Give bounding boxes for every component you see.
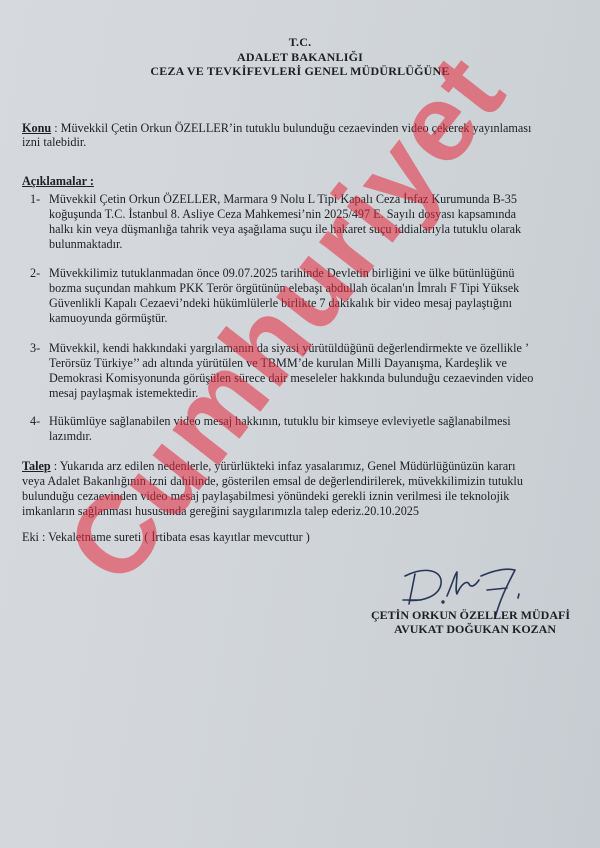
explanation-item-3: Müvekkil, kendi hakkındaki yargılamanın … — [49, 341, 563, 401]
item-number: 4- — [30, 414, 40, 429]
request-label: Talep — [22, 459, 51, 473]
subject-line-2: izni talebidir. — [22, 135, 86, 150]
subject-line-1: Konu : Müvekkil Çetin Orkun ÖZELLER’in t… — [22, 121, 577, 136]
attachment-note: Eki : Vekaletname sureti ( İrtibata esas… — [22, 530, 310, 545]
item-number: 1- — [30, 192, 40, 207]
explanations-heading: Açıklamalar : — [22, 174, 94, 189]
explanation-item-4: Hükümlüye sağlanabilen video mesaj hakkı… — [49, 414, 563, 444]
subject-label: Konu — [22, 121, 51, 135]
item-number: 3- — [30, 341, 40, 356]
header-directorate: CEZA VE TEVKİFEVLERİ GENEL MÜDÜRLÜĞÜNE — [0, 64, 600, 79]
subject-text: Müvekkil Çetin Orkun ÖZELLER’in tutuklu … — [61, 121, 532, 135]
header-ministry: ADALET BAKANLIĞI — [0, 50, 600, 65]
header-tc: T.C. — [0, 35, 600, 50]
request-section: Talep : Yukarıda arz edilen nedenlerle, … — [22, 459, 567, 519]
petition-document: T.C. ADALET BAKANLIĞI CEZA VE TEVKİFEVLE… — [0, 0, 600, 848]
signature-name: AVUKAT DOĞUKAN KOZAN — [380, 622, 570, 637]
explanation-item-1: Müvekkil Çetin Orkun ÖZELLER, Marmara 9 … — [49, 192, 563, 252]
item-number: 2- — [30, 266, 40, 281]
explanation-item-2: Müvekkilimiz tutuklanmadan önce 09.07.20… — [49, 266, 563, 326]
signature-title: ÇETİN ORKUN ÖZELLER MÜDAFİ — [371, 608, 570, 623]
